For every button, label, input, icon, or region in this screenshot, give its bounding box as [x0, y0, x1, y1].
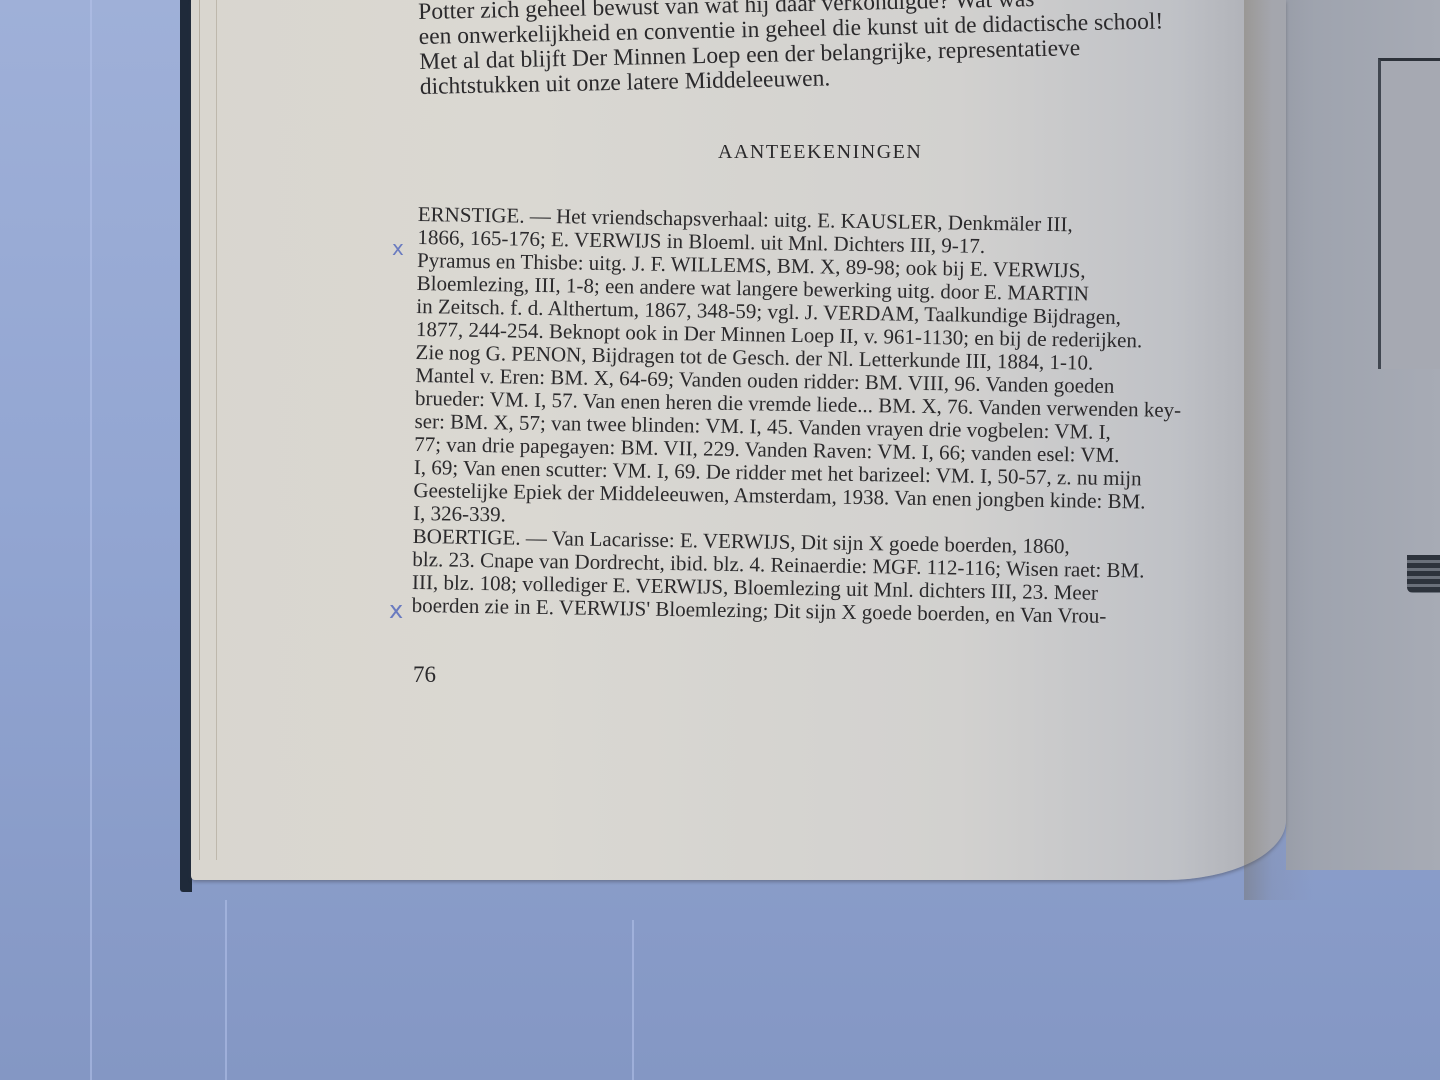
page-edge-stack — [199, 0, 217, 860]
facing-page-illustration — [1378, 58, 1440, 369]
book-gutter-shadow — [1244, 0, 1314, 900]
cloth-fold — [90, 0, 92, 1080]
pencil-x-mark: x — [389, 596, 403, 624]
notes-section: ERNSTIGE. — Het vriendschapsverhaal: uit… — [411, 203, 1247, 630]
body-text-end: Potter zich geheel bewust van wat hij da… — [418, 0, 1250, 100]
page-number: 76 — [413, 662, 436, 688]
cloth-fold — [225, 900, 227, 1080]
pencil-x-mark: x — [392, 236, 404, 260]
illustration-base-detail — [1407, 555, 1440, 593]
section-heading: AANTEEKENINGEN — [718, 141, 922, 164]
cloth-fold — [632, 920, 634, 1080]
